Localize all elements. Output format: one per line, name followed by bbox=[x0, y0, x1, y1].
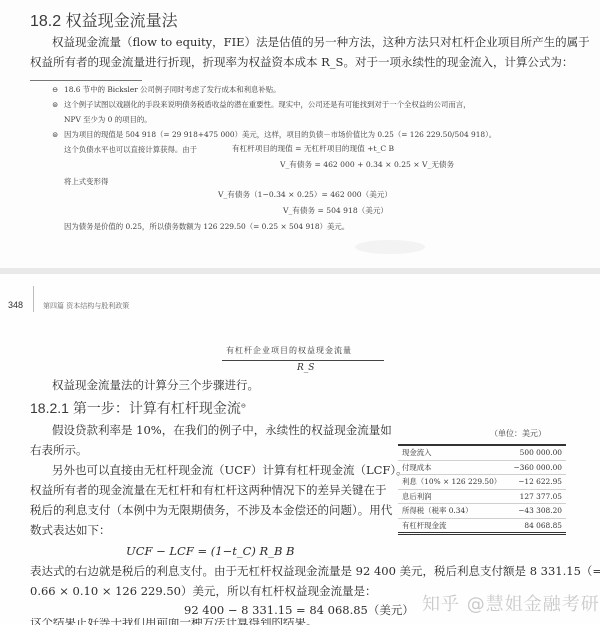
formula-1: 有杠杆项目的现值 = 无杠杆项目的现值 +t_C B bbox=[232, 143, 394, 154]
formula-result: 92 400 − 8 331.15 = 84 068.85（美元） bbox=[184, 600, 414, 620]
subsection-heading: 18.2.1 第一步：计算有杠杆现金流⊖ bbox=[30, 398, 246, 418]
section-heading: 18.2 权益现金流量法 bbox=[30, 8, 178, 31]
table-body: 现金流入500 000.00 付现成本−360 000.00 利息（10% × … bbox=[398, 446, 566, 532]
table-row: 有杠杆现金流84 068.85 bbox=[398, 519, 566, 533]
subsection-footnote-mark: ⊖ bbox=[241, 403, 246, 409]
table-bottom-rule bbox=[398, 532, 566, 535]
footnote-1: ⊖18.6 节中的 Bicksler 公司例子同时考虑了发行成本和利息补贴。 bbox=[52, 82, 281, 97]
table-row: 利息（10% × 126 229.50）−12 622.95 bbox=[398, 475, 566, 490]
intro-line-2-text: 权益所有者的现金流量进行折现，折现率为权益资本成本 R_S。对于一项永续性的现金… bbox=[30, 55, 573, 69]
footnote-mark: ⊖ bbox=[52, 82, 64, 97]
row-label: 付现成本 bbox=[402, 461, 432, 475]
table-unit: （单位：美元） bbox=[398, 428, 566, 442]
row-value: 84 068.85 bbox=[524, 519, 562, 533]
scan-smudge bbox=[355, 240, 425, 254]
table-row: 所得税（税率 0.34）−43 308.20 bbox=[398, 504, 566, 519]
steps-intro: 权益现金流量法的计算分三个步骤进行。 bbox=[52, 375, 259, 395]
row-value: −43 308.20 bbox=[518, 504, 562, 518]
footnote-2: ⊜这个例子试图以戏剧化的手段来说明债务税盾收益的潜在重要性。现实中，公司还是有可… bbox=[52, 97, 471, 112]
para-2-line-1: 另外也可以直接由无杠杆现金流（UCF）计算有杠杆现金流（LCF）。 bbox=[52, 460, 408, 480]
formula-3: V_有债务（1−0.34 × 0.25）= 462 000（美元） bbox=[218, 189, 392, 200]
footnote-3-cont: 这个负债水平也可以直接计算获得。由于 bbox=[64, 142, 197, 157]
watermark: 知乎 @慧姐金融考研 bbox=[422, 590, 600, 616]
footnote-3: ⊜因为项目的现值是 504 918（= 29 918+475 000）美元，这样… bbox=[52, 127, 496, 142]
formula-2: V_有债务 = 462 000 + 0.34 × 0.25 × V_无债务 bbox=[280, 159, 454, 170]
table-row: 现金流入500 000.00 bbox=[398, 446, 566, 461]
fraction-numerator: 有杠杆企业项目的权益现金流量 bbox=[226, 345, 352, 356]
footnote-mark: ⊜ bbox=[52, 97, 64, 112]
para-3-line-1: 表达式的右边就是税后的利息支付。由于无杠杆权益现金流量是 92 400 美元，税… bbox=[30, 561, 600, 581]
formula-ucf: UCF − LCF = (1−t_C) R_B B bbox=[126, 541, 295, 561]
table-row: 息后利润127 377.05 bbox=[398, 490, 566, 505]
para-2-line-4: 数式表达如下： bbox=[30, 520, 111, 540]
footnote-text: 因为项目的现值是 504 918（= 29 918+475 000）美元，这样，… bbox=[64, 130, 496, 139]
closing-line: 这个结果正好等于我们用前面一种方法计算得到的结果。 bbox=[30, 618, 318, 625]
row-value: −360 000.00 bbox=[513, 461, 562, 475]
row-value: −12 622.95 bbox=[518, 475, 562, 489]
para-2-line-3: 税后的利息支付（本例中为无限期债务，不涉及本金偿还的问题）。用代 bbox=[30, 500, 392, 520]
transform-label: 将上式变形得 bbox=[64, 174, 108, 189]
footnote-rule bbox=[30, 80, 142, 81]
running-head-divider bbox=[33, 286, 34, 312]
row-label: 所得税（税率 0.34） bbox=[402, 504, 473, 518]
intro-line-1: 权益现金流量（flow to equity，FIE）法是估值的另一种方法，这种方… bbox=[52, 32, 590, 52]
para-2-line-2: 权益所有者的现金流量在无杠杆和有杠杆这两种情况下的差异关键在于 bbox=[30, 480, 387, 500]
formula-4: V_有债务 = 504 918（美元） bbox=[283, 205, 388, 216]
running-title: 第四篇 资本结构与股利政策 bbox=[43, 301, 129, 311]
subsection-heading-text: 18.2.1 第一步：计算有杠杆现金流 bbox=[30, 400, 241, 416]
row-label: 有杠杆现金流 bbox=[402, 519, 446, 533]
footnote-text: 这个例子试图以戏剧化的手段来说明债务税盾收益的潜在重要性。现实中，公司还是有可能… bbox=[64, 100, 471, 109]
row-label: 息后利润 bbox=[402, 490, 432, 504]
intro-line-2: 权益所有者的现金流量进行折现，折现率为权益资本成本 R_S。对于一项永续性的现金… bbox=[30, 52, 573, 72]
footnote-2-cont: NPV 至少为 0 的项目的。 bbox=[64, 112, 152, 127]
conclusion: 因为债务是价值的 0.25，所以债务数额为 126 229.50（= 0.25 … bbox=[64, 219, 349, 234]
row-value: 127 377.05 bbox=[520, 490, 562, 504]
page-number: 348 bbox=[8, 300, 23, 310]
row-value: 500 000.00 bbox=[520, 446, 562, 460]
top-page: 18.2 权益现金流量法 权益现金流量（flow to equity，FIE）法… bbox=[0, 0, 600, 268]
para-1-line-2: 右表所示。 bbox=[30, 440, 88, 460]
footnote-mark: ⊜ bbox=[52, 127, 64, 142]
para-3-line-2: 0.66 × 0.10 × 126 229.50）美元，所以有杠杆权益现金流量是… bbox=[30, 581, 376, 601]
row-label: 利息（10% × 126 229.50） bbox=[402, 475, 501, 489]
cash-flow-table: （单位：美元） 现金流入500 000.00 付现成本−360 000.00 利… bbox=[398, 428, 566, 535]
table-row: 付现成本−360 000.00 bbox=[398, 461, 566, 476]
para-1-line-1: 假设贷款利率是 10%，在我们的例子中，永续性的权益现金流量如 bbox=[52, 420, 392, 440]
fraction-denominator: R_S bbox=[297, 363, 314, 373]
footnote-text: 18.6 节中的 Bicksler 公司例子同时考虑了发行成本和利息补贴。 bbox=[64, 85, 281, 94]
fraction-bar bbox=[222, 360, 384, 361]
row-label: 现金流入 bbox=[402, 446, 432, 460]
